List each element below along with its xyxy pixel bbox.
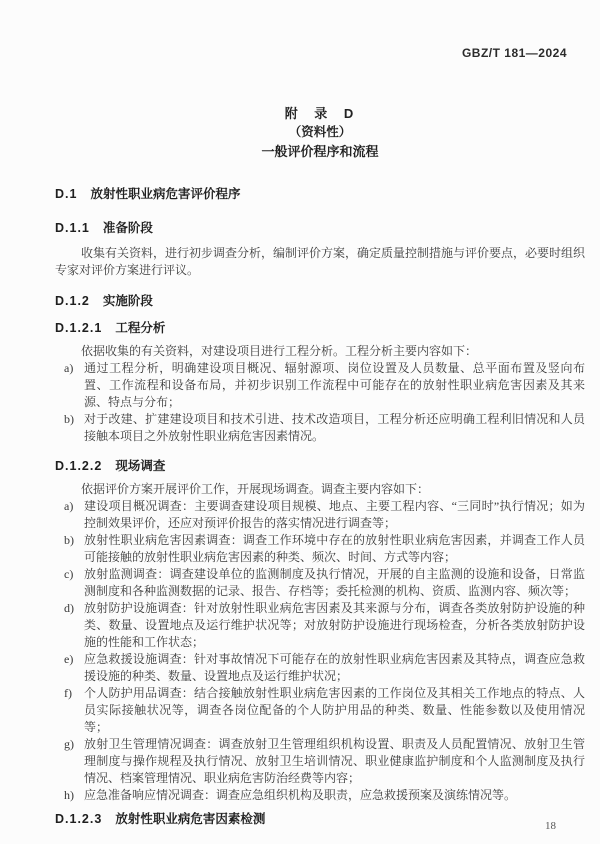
list-item-marker: c) (55, 566, 84, 600)
list-item: g) 放射卫生管理情况调查：调查放射卫生管理组织机构设置、职责及人员配置情况、放… (55, 736, 585, 787)
appendix-title-line2: （资料性） (55, 123, 585, 142)
heading-d1: D.1放射性职业病危害评价程序 (55, 187, 585, 201)
heading-d11-number: D.1.1 (55, 221, 90, 235)
list-item-text: 放射卫生管理情况调查：调查放射卫生管理组织机构设置、职责及人员配置情况、放射卫生… (84, 736, 585, 787)
heading-d12-title: 实施阶段 (103, 294, 153, 308)
heading-d11-title: 准备阶段 (103, 221, 153, 235)
document-code: GBZ/T 181—2024 (55, 46, 585, 60)
list-item-marker: b) (55, 411, 84, 445)
list-item-text: 应急救援设施调查：针对事故情况下可能存在的放射性职业病危害因素及其特点，调查应急… (84, 651, 585, 685)
heading-d11: D.1.1准备阶段 (55, 221, 585, 235)
list-item-marker: a) (55, 360, 84, 411)
heading-d123-number: D.1.2.3 (55, 812, 102, 826)
appendix-title-line3: 一般评价程序和流程 (55, 142, 585, 161)
list-item-marker: d) (55, 600, 84, 651)
list-item: d) 放射防护设施调查：针对放射性职业病危害因素及其来源与分布，调查各类放射防护… (55, 600, 585, 651)
appendix-title-block: 附 录 D （资料性） 一般评价程序和流程 (55, 104, 585, 161)
heading-d122: D.1.2.2现场调查 (55, 459, 585, 473)
heading-d123: D.1.2.3放射性职业病危害因素检测 (55, 812, 585, 826)
list-item: b) 对于改建、扩建建设项目和技术引进、技术改造项目，工程分析还应明确工程利旧情… (55, 411, 585, 445)
list-item-text: 放射性职业病危害因素调查：调查工作环境中存在的放射性职业病危害因素，并调查工作人… (84, 532, 585, 566)
intro-d122: 依据评价方案开展评价工作，开展现场调查。调查主要内容如下： (55, 481, 585, 498)
intro-d121: 依据收集的有关资料，对建设项目进行工程分析。工程分析主要内容如下： (55, 343, 585, 360)
list-item-marker: b) (55, 532, 84, 566)
heading-d121: D.1.2.1工程分析 (55, 321, 585, 335)
list-item-marker: g) (55, 736, 84, 787)
list-item: c) 放射监测调查：调查建设单位的监测制度及执行情况，开展的自主监测的设施和设备… (55, 566, 585, 600)
list-item-text: 应急准备响应情况调查：调查应急组织机构及职责，应急救援预案及演练情况等。 (84, 787, 585, 804)
list-d122: a) 建设项目概况调查：主要调查建设项目规模、地点、主要工程内容、“三同时”执行… (55, 498, 585, 804)
heading-d12: D.1.2实施阶段 (55, 294, 585, 308)
list-item-text: 放射防护设施调查：针对放射性职业病危害因素及其来源与分布，调查各类放射防护设施的… (84, 600, 585, 651)
list-item: f) 个人防护用品调查：结合接触放射性职业病危害因素的工作岗位及其相关工作地点的… (55, 685, 585, 736)
heading-d122-title: 现场调查 (115, 459, 165, 473)
list-item-text: 通过工程分析，明确建设项目概况、辐射源项、岗位设置及人员数量、总平面布置及竖向布… (84, 360, 585, 411)
list-item: b) 放射性职业病危害因素调查：调查工作环境中存在的放射性职业病危害因素，并调查… (55, 532, 585, 566)
page-number: 18 (545, 820, 556, 832)
list-item-text: 个人防护用品调查：结合接触放射性职业病危害因素的工作岗位及其相关工作地点的特点、… (84, 685, 585, 736)
appendix-title-line1: 附 录 D (55, 104, 585, 123)
list-item: a) 建设项目概况调查：主要调查建设项目规模、地点、主要工程内容、“三同时”执行… (55, 498, 585, 532)
heading-d122-number: D.1.2.2 (55, 459, 102, 473)
document-page: GBZ/T 181—2024 附 录 D （资料性） 一般评价程序和流程 D.1… (0, 0, 600, 844)
list-item: h) 应急准备响应情况调查：调查应急组织机构及职责，应急救援预案及演练情况等。 (55, 787, 585, 804)
list-item-marker: e) (55, 651, 84, 685)
heading-d121-number: D.1.2.1 (55, 321, 102, 335)
heading-d121-title: 工程分析 (115, 321, 165, 335)
list-item-marker: f) (55, 685, 84, 736)
list-item: a) 通过工程分析，明确建设项目概况、辐射源项、岗位设置及人员数量、总平面布置及… (55, 360, 585, 411)
list-item-text: 建设项目概况调查：主要调查建设项目规模、地点、主要工程内容、“三同时”执行情况；… (84, 498, 585, 532)
list-item-marker: a) (55, 498, 84, 532)
heading-d1-title: 放射性职业病危害评价程序 (90, 187, 240, 201)
heading-d1-number: D.1 (55, 187, 77, 201)
list-d121: a) 通过工程分析，明确建设项目概况、辐射源项、岗位设置及人员数量、总平面布置及… (55, 360, 585, 445)
list-item-text: 放射监测调查：调查建设单位的监测制度及执行情况，开展的自主监测的设施和设备，日常… (84, 566, 585, 600)
list-item-text: 对于改建、扩建建设项目和技术引进、技术改造项目，工程分析还应明确工程利旧情况和人… (84, 411, 585, 445)
heading-d12-number: D.1.2 (55, 294, 90, 308)
list-item-marker: h) (55, 787, 84, 804)
list-item: e) 应急救援设施调查：针对事故情况下可能存在的放射性职业病危害因素及其特点，调… (55, 651, 585, 685)
paragraph-d11: 收集有关资料，进行初步调查分析，编制评价方案，确定质量控制措施与评价要点，必要时… (55, 245, 585, 279)
heading-d123-title: 放射性职业病危害因素检测 (115, 812, 265, 826)
